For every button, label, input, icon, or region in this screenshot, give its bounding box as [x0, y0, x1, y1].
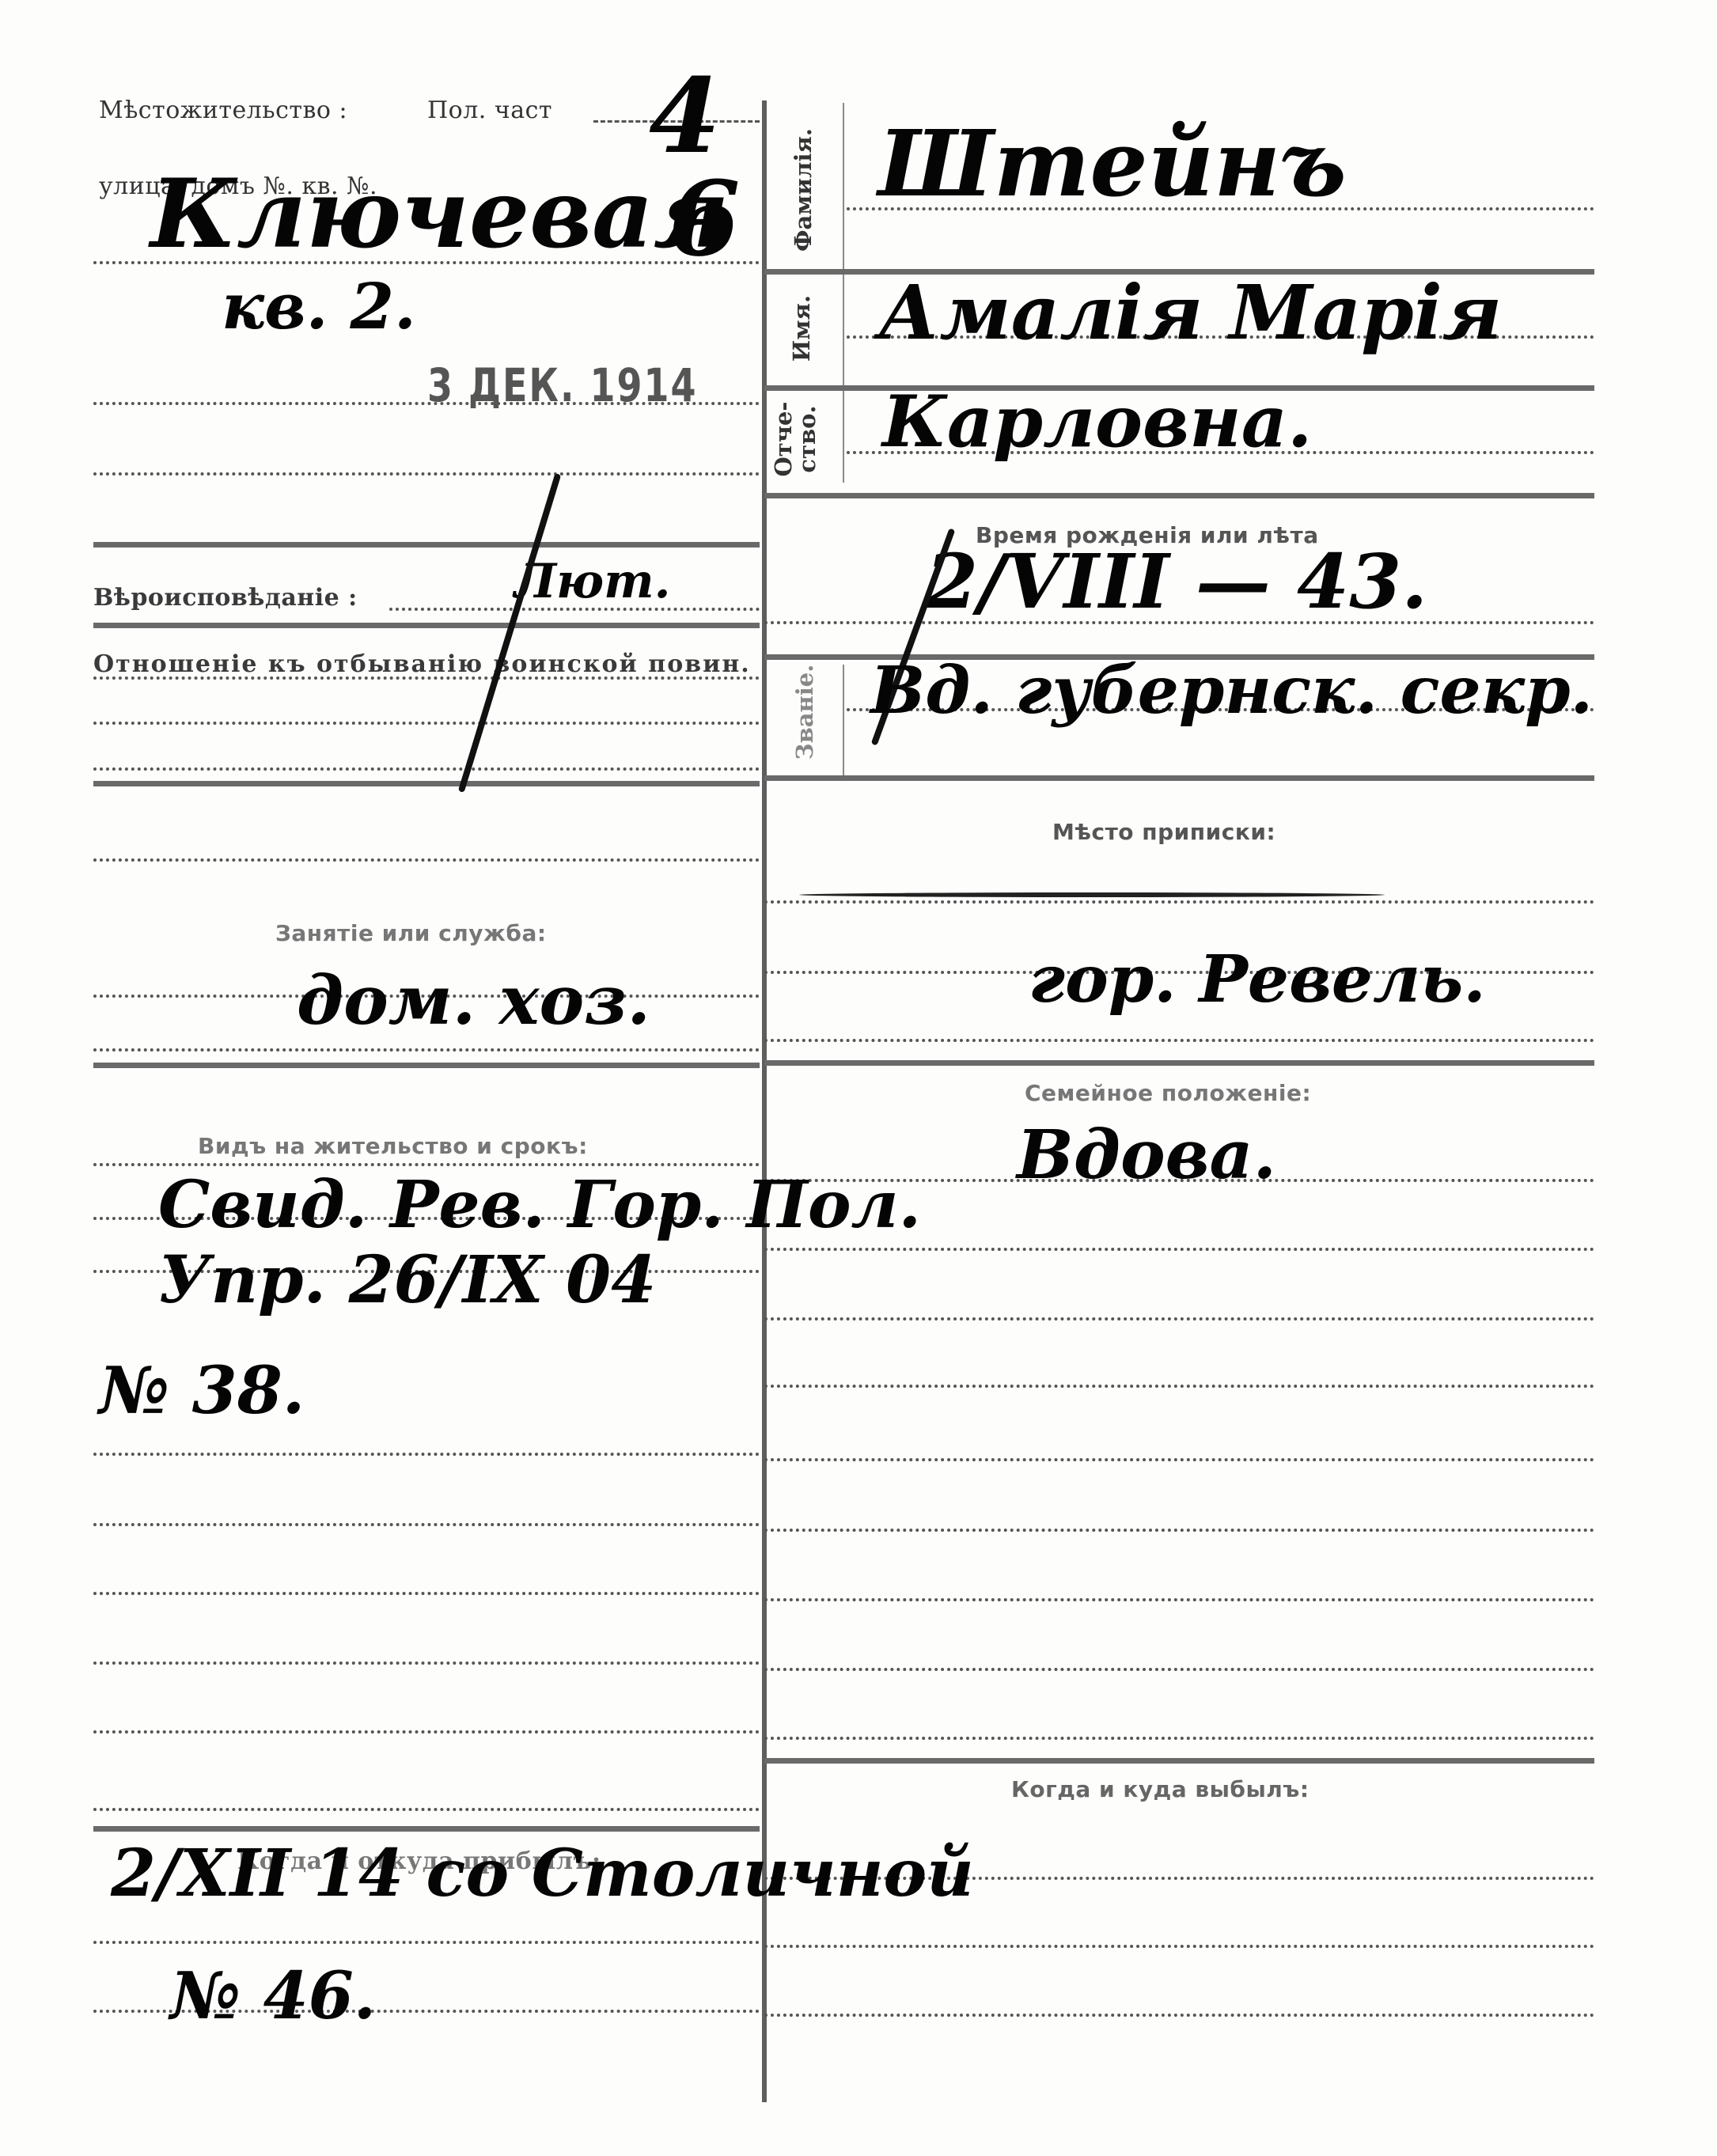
rule [764, 1668, 1594, 1671]
name-label: Имя. [790, 285, 813, 372]
rule [764, 1737, 1594, 1740]
permit-line-2: Упр. 26/IX 04 [158, 1242, 656, 1318]
rule [93, 1941, 760, 1944]
departure-label: Когда и куда выбылъ: [1011, 1776, 1310, 1802]
rule [93, 542, 760, 548]
rule [93, 1048, 760, 1051]
rank-value: Вд. губернск. секр. [870, 653, 1593, 729]
rank-label: Званіе. [793, 657, 817, 767]
patronymic-value: Карловна. [882, 380, 1312, 464]
rule [93, 858, 760, 862]
rule [93, 1808, 760, 1811]
rank-column-border [843, 665, 844, 775]
birth-date-value: 2/VIII — 43. [926, 538, 1427, 626]
rule [764, 1529, 1594, 1532]
permit-line-1: Свид. Рев. Гор. Пол. [158, 1167, 921, 1243]
registration-card: Мѣстожительство : Пол. част улица, домъ … [0, 0, 1717, 2156]
rule [93, 1592, 760, 1595]
rule [764, 2014, 1594, 2017]
surname-label: Фамилія. [791, 119, 815, 261]
rule [93, 472, 760, 476]
rule [764, 900, 1594, 904]
occupation-label: Занятіе или служба: [275, 920, 547, 946]
arrival-line-1: 2/XII 14 со Столичной [111, 1836, 974, 1912]
rule [764, 1248, 1594, 1251]
patronymic-label-line1: Отче- [770, 402, 797, 477]
religion-flourish [458, 473, 561, 793]
religion-value: Лют. [514, 554, 671, 609]
name-value: Амалія Марія [878, 269, 1502, 357]
rule [764, 1945, 1594, 1948]
marital-status-value: Вдова. [1017, 1116, 1276, 1195]
rule [93, 1453, 760, 1456]
police-district-label: Пол. част [427, 97, 552, 124]
apartment-value: кв. 2. [222, 269, 416, 343]
label-column-border [843, 103, 844, 483]
date-stamp: 3 ДЕК. 1914 [427, 358, 698, 412]
religion-label: Вѣроисповѣданіе : [93, 584, 358, 612]
rule [93, 1730, 760, 1734]
rule [93, 1826, 760, 1832]
arrival-line-2: № 46. [170, 1958, 376, 2034]
rule [93, 767, 760, 771]
rule [93, 722, 760, 725]
rule [93, 781, 760, 786]
registration-place-flourish [799, 892, 1385, 897]
rule [764, 493, 1594, 498]
rule [93, 1523, 760, 1526]
rule [764, 1758, 1594, 1764]
surname-value: Штейнъ [878, 111, 1347, 218]
rule [93, 1063, 760, 1068]
patronymic-label-line2: ство. [794, 405, 821, 472]
military-service-label: Отношеніе къ отбыванію воинской повин. [93, 650, 751, 678]
rule [764, 1598, 1594, 1601]
patronymic-label: Отче- ство. [771, 396, 820, 483]
rule [764, 775, 1594, 781]
rule [764, 1458, 1594, 1461]
residence-permit-label: Видъ на жительство и срокъ: [198, 1133, 588, 1159]
house-number-value: 6 [669, 158, 740, 279]
rule [764, 1039, 1594, 1042]
registration-place-value: гор. Ревель. [1029, 942, 1486, 1017]
marital-status-label: Семейное положеніе: [1025, 1080, 1311, 1106]
rule [764, 1060, 1594, 1066]
rule [764, 1317, 1594, 1321]
rule [93, 1662, 760, 1665]
occupation-value: дом. хоз. [297, 961, 650, 1040]
rule [93, 1163, 760, 1166]
center-divider [762, 100, 767, 2102]
street-value: Ключевая [150, 158, 729, 270]
residence-label: Мѣстожительство : [99, 97, 347, 124]
permit-line-3: № 38. [99, 1353, 305, 1429]
registration-place-label: Мѣсто приписки: [1052, 819, 1275, 845]
rule [764, 1385, 1594, 1388]
rule [93, 623, 760, 628]
